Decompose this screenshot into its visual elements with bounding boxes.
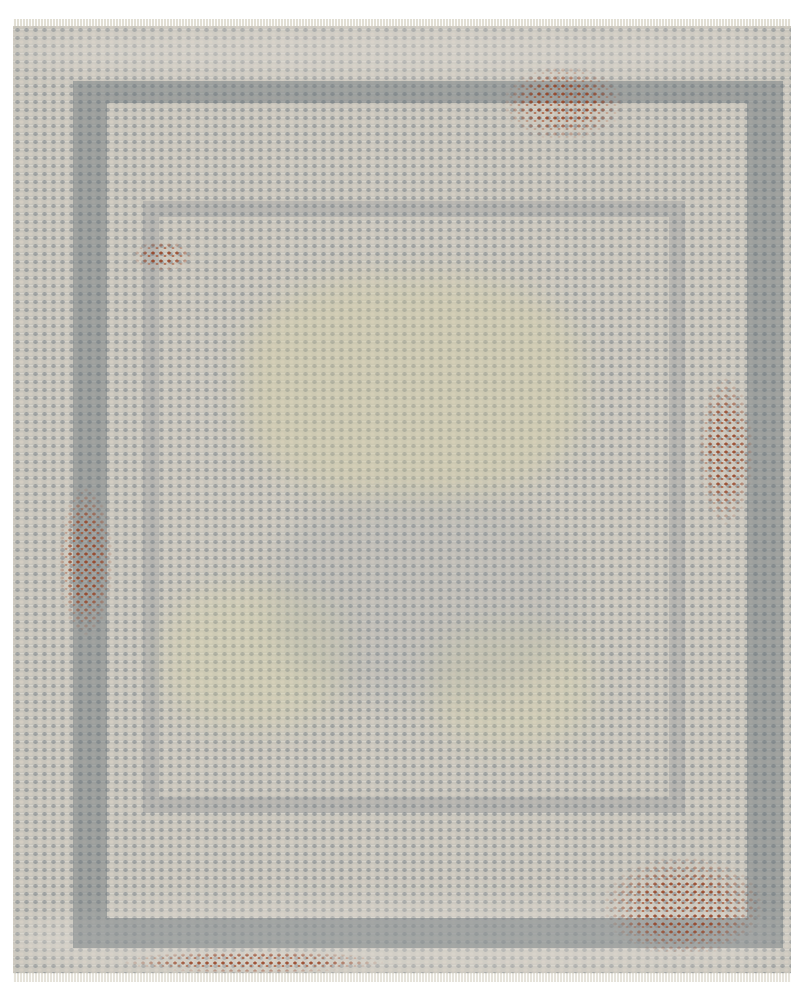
rust-accent-bottom-right bbox=[603, 856, 763, 956]
rust-accent-upper-left bbox=[133, 241, 193, 271]
rust-accent-bottom bbox=[123, 951, 383, 973]
center-yellow-patch bbox=[243, 276, 583, 496]
rug bbox=[13, 26, 791, 974]
rust-accent-top bbox=[503, 66, 623, 141]
top-light-band bbox=[13, 26, 791, 76]
center-grey-patch bbox=[273, 496, 573, 696]
rust-accent-right bbox=[698, 376, 753, 526]
bottom-fringe bbox=[13, 973, 791, 982]
rust-accent-left bbox=[58, 486, 113, 636]
